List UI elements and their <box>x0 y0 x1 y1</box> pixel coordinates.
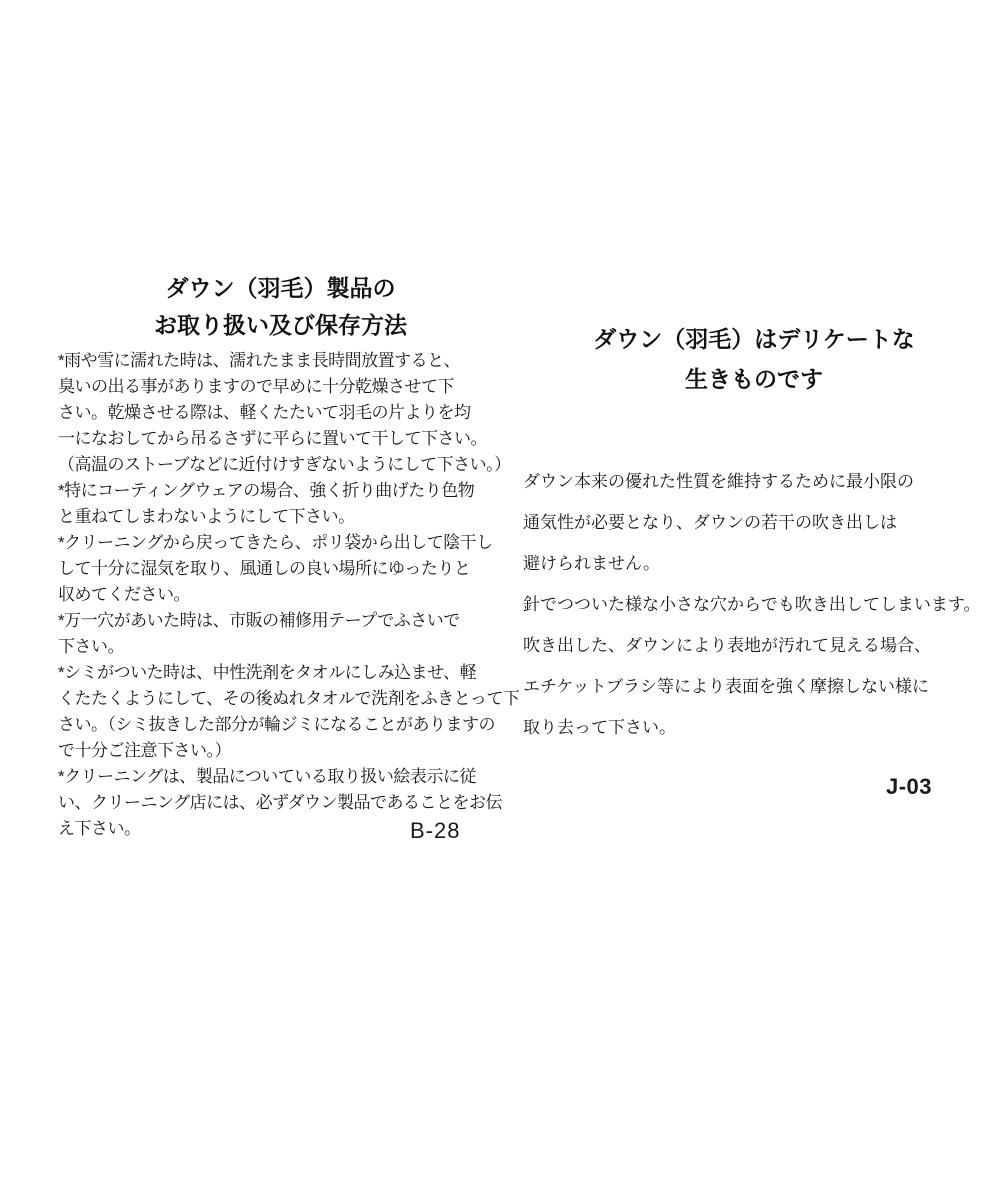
left-panel-body-text: *雨や雪に濡れた時は、濡れたまま長時間放置すると、 臭いの出る事がありますので早… <box>58 348 503 842</box>
right-panel-title: ダウン（羽毛）はデリケートな 生きものです <box>523 319 985 399</box>
left-panel-title: ダウン（羽毛）製品の お取り扱い及び保存方法 <box>58 270 503 344</box>
left-panel-handling-and-storage: ダウン（羽毛）製品の お取り扱い及び保存方法 *雨や雪に濡れた時は、濡れたまま長… <box>58 270 503 842</box>
left-panel-code: B-28 <box>410 818 460 844</box>
left-title-line2: お取り扱い及び保存方法 <box>58 307 503 344</box>
left-title-line1: ダウン（羽毛）製品の <box>58 270 503 307</box>
right-title-line1: ダウン（羽毛）はデリケートな <box>523 319 985 359</box>
right-title-line2: 生きものです <box>523 359 985 399</box>
right-panel-body-text: ダウン本来の優れた性質を維持するために最小限の 通気性が必要となり、ダウンの若干… <box>523 461 985 748</box>
right-panel-down-delicate-notice: ダウン（羽毛）はデリケートな 生きものです ダウン本来の優れた性質を維持するため… <box>523 319 985 748</box>
care-label-page: ダウン（羽毛）製品の お取り扱い及び保存方法 *雨や雪に濡れた時は、濡れたまま長… <box>0 0 1000 1200</box>
right-panel-code: J-03 <box>886 774 932 800</box>
